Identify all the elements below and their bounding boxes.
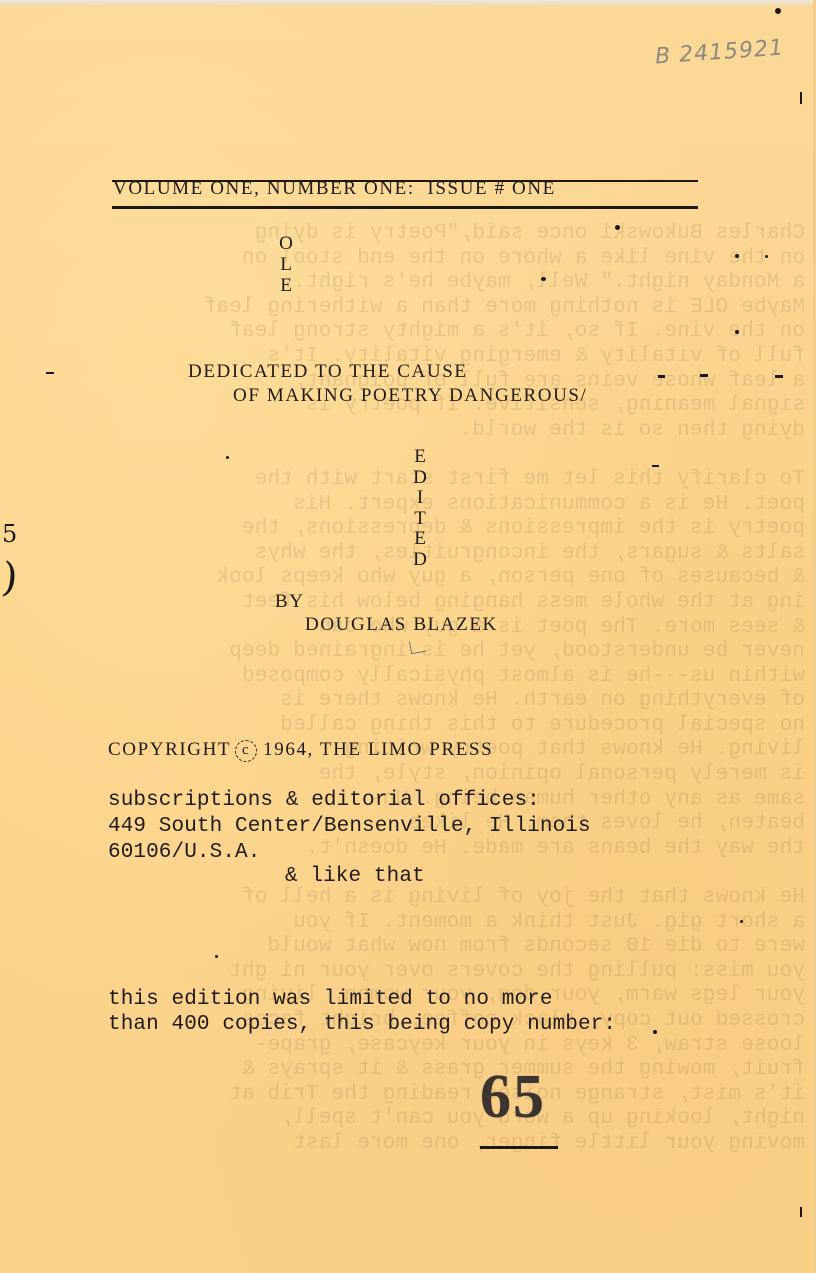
margin-mark-paren: ) <box>0 554 20 601</box>
ink-dash <box>775 375 783 378</box>
ink-speck <box>226 456 229 459</box>
header-rule-bottom <box>112 206 698 209</box>
ink-dash <box>700 374 708 377</box>
issue-header: VOLUME ONE, NUMBER ONE: ISSUE # ONE <box>113 178 556 200</box>
ink-speck <box>615 225 620 230</box>
edited-letter: D <box>409 550 431 571</box>
copyright-symbol-icon: c <box>235 740 257 762</box>
copyright-line: COPYRIGHTc1964, THE LIMO PRESS <box>108 739 493 762</box>
ink-mark <box>800 92 802 104</box>
scanned-page: Charles Bukowski once said,"Poetry is dy… <box>0 0 816 1273</box>
ink-speck <box>653 1030 657 1034</box>
edited-letter: D <box>409 468 431 489</box>
ink-speck <box>541 277 546 281</box>
pen-mark-icon <box>409 639 426 654</box>
edited-letter: E <box>409 447 431 468</box>
page-top-edge <box>0 0 816 6</box>
copyright-suffix: 1964, THE LIMO PRESS <box>263 739 493 760</box>
title-letter: E <box>275 275 297 296</box>
ink-speck <box>740 920 743 923</box>
subscriptions-line-1: subscriptions & editorial offices: <box>108 789 540 812</box>
ink-speck <box>735 330 739 334</box>
subscriptions-tagline: & like that <box>285 865 425 888</box>
author-name: DOUGLAS BLAZEK <box>305 614 498 636</box>
ink-speck <box>765 255 768 258</box>
copy-number-underline <box>480 1146 558 1149</box>
byline-by: BY <box>275 591 305 613</box>
copy-number: 65 <box>480 1062 546 1133</box>
margin-mark-five: 5 <box>2 520 17 548</box>
edited-vertical: E D I T E D <box>409 447 431 570</box>
ink-dash <box>658 375 665 378</box>
title-letter: L <box>275 254 297 275</box>
ink-mark <box>800 1207 802 1217</box>
edited-letter: T <box>409 509 431 530</box>
ink-speck <box>735 254 739 258</box>
limitation-line-2: than 400 copies, this being copy number: <box>108 1013 616 1036</box>
subscriptions-zip: 60106/U.S.A. <box>108 841 260 864</box>
edited-letter: I <box>409 488 431 509</box>
copyright-prefix: COPYRIGHT <box>108 739 231 760</box>
catalog-number-handwriting: B 2415921 <box>654 36 785 70</box>
limitation-line-1: this edition was limited to no more <box>108 988 553 1011</box>
subscriptions-address: 449 South Center/Bensenville, Illinois <box>108 815 591 838</box>
magazine-title-ole: O L E <box>275 233 297 296</box>
ink-speck <box>215 955 218 958</box>
dedication-line-1: DEDICATED TO THE CAUSE <box>188 361 468 383</box>
title-letter: O <box>275 233 297 254</box>
dedication-line-2: OF MAKING POETRY DANGEROUS/ <box>233 385 587 407</box>
ink-dash <box>46 372 54 374</box>
edited-letter: E <box>409 529 431 550</box>
ink-dash <box>652 465 659 467</box>
ink-speck <box>775 8 781 14</box>
